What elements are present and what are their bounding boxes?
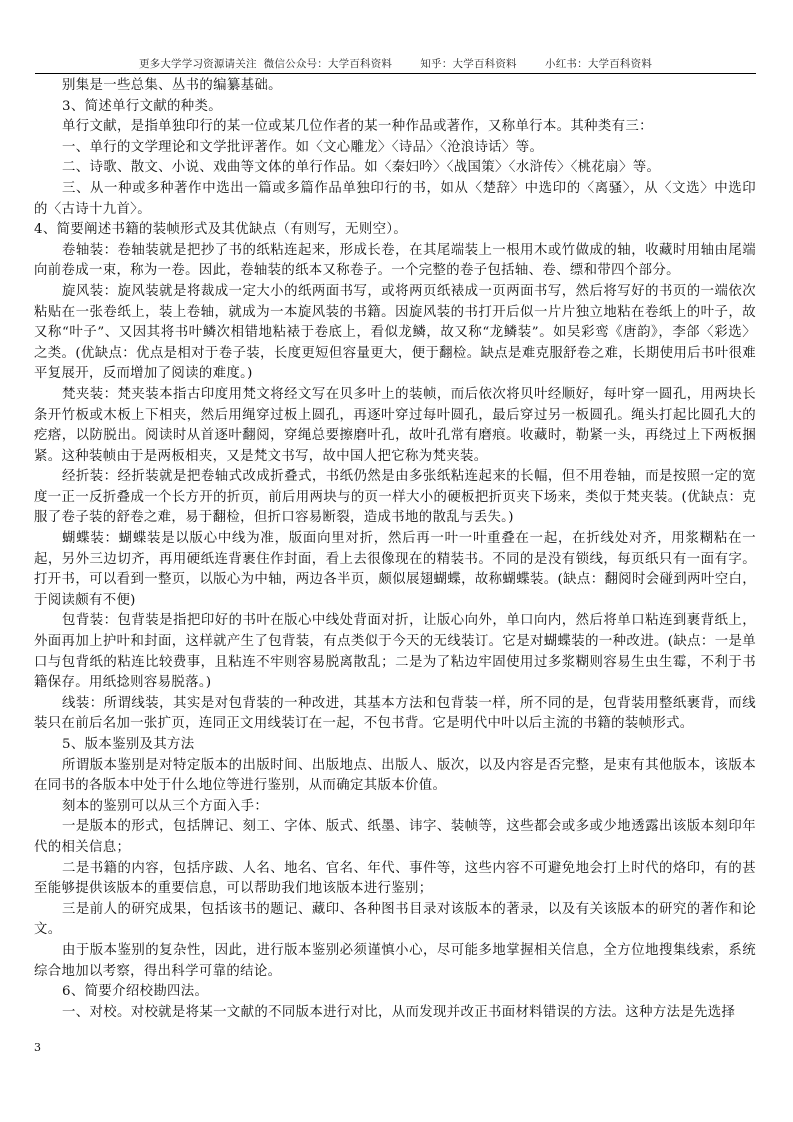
paragraph: 一、对校。对校就是将某一文献的不同版本进行对比，从而发现并改正书面材料错误的方法… — [34, 1003, 756, 1024]
section-heading: 3、简述单行文献的种类。 — [34, 97, 756, 118]
section-heading: 5、版本鉴别及其方法 — [34, 735, 756, 756]
paragraph: 别集是一些总集、丛书的编纂基础。 — [34, 76, 756, 97]
header-text: 更多大学学习资源请关注 微信公众号：大学百科资料 知乎：大学百科资料 小红书：大… — [35, 56, 756, 71]
paragraph: 刻本的鉴别可以从三个方面入手： — [34, 797, 756, 818]
section-heading: 4、简要阐述书籍的装帧形式及其优缺点（有则写，无则空）。 — [34, 220, 756, 241]
list-item: 一、单行的文学理论和文学批评著作。如〈文心雕龙〉〈诗品〉〈沧浪诗话〉等。 — [34, 138, 756, 159]
paragraph: 线装：所谓线装，其实是对包背装的一种改进，其基本方法和包背装一样，所不同的是，包… — [34, 694, 756, 735]
paragraph: 梵夹装：梵夹装本指古印度用梵文将经文写在贝多叶上的装帧，而后依次将贝叶经顺好，每… — [34, 385, 756, 467]
page-header: 更多大学学习资源请关注 微信公众号：大学百科资料 知乎：大学百科资料 小红书：大… — [35, 53, 756, 74]
paragraph: 卷轴装：卷轴装就是把抄了书的纸粘连起来，形成长卷，在其尾端装上一根用木或竹做成的… — [34, 241, 756, 282]
paragraph: 包背装：包背装是指把印好的书叶在版心中线处背面对折，让版心向外，单口向内，然后将… — [34, 611, 756, 693]
list-item: 二是书籍的内容，包括序跋、人名、地名、官名、年代、事件等，这些内容不可避免地会打… — [34, 859, 756, 900]
paragraph: 由于版本鉴别的复杂性，因此，进行版本鉴别必须谨慎小心，尽可能多地掌握相关信息，全… — [34, 941, 756, 982]
paragraph: 单行文献，是指单独印行的某一位或某几位作者的某一种作品或著作，又称单行本。其种类… — [34, 117, 756, 138]
section-heading: 6、简要介绍校勘四法。 — [34, 982, 756, 1003]
paragraph: 经折装：经折装就是把卷轴式改成折叠式，书纸仍然是由多张纸粘连起来的长幅，但不用卷… — [34, 467, 756, 529]
paragraph: 蝴蝶装：蝴蝶装是以版心中线为准，版面向里对折，然后再一叶一叶重叠在一起，在折线处… — [34, 529, 756, 611]
list-item: 二、诗歌、散文、小说、戏曲等文体的单行作品。如〈秦妇吟〉〈战国策〉〈水浒传〉〈桃… — [34, 158, 756, 179]
page-number: 3 — [34, 1041, 41, 1054]
list-item: 三是前人的研究成果，包括该书的题记、藏印、各种图书目录对该版本的著录，以及有关该… — [34, 900, 756, 941]
paragraph: 旋风装：旋风装就是将裁成一定大小的纸两面书写，或将两页纸裱成一页两面书写，然后将… — [34, 282, 756, 385]
list-item: 三、从一种或多种著作中选出一篇或多篇作品单独印行的书，如从〈楚辞〉中选印的〈离骚… — [34, 179, 756, 220]
list-item: 一是版本的形式，包括牌记、刻工、字体、版式、纸墨、讳字、装帧等，这些都会或多或少… — [34, 817, 756, 858]
document-body: 别集是一些总集、丛书的编纂基础。 3、简述单行文献的种类。 单行文献，是指单独印… — [34, 76, 756, 1023]
paragraph: 所谓版本鉴别是对特定版本的出版时间、出版地点、出版人、版次，以及内容是否完整，是… — [34, 756, 756, 797]
document-page: 更多大学学习资源请关注 微信公众号：大学百科资料 知乎：大学百科资料 小红书：大… — [0, 0, 793, 1122]
